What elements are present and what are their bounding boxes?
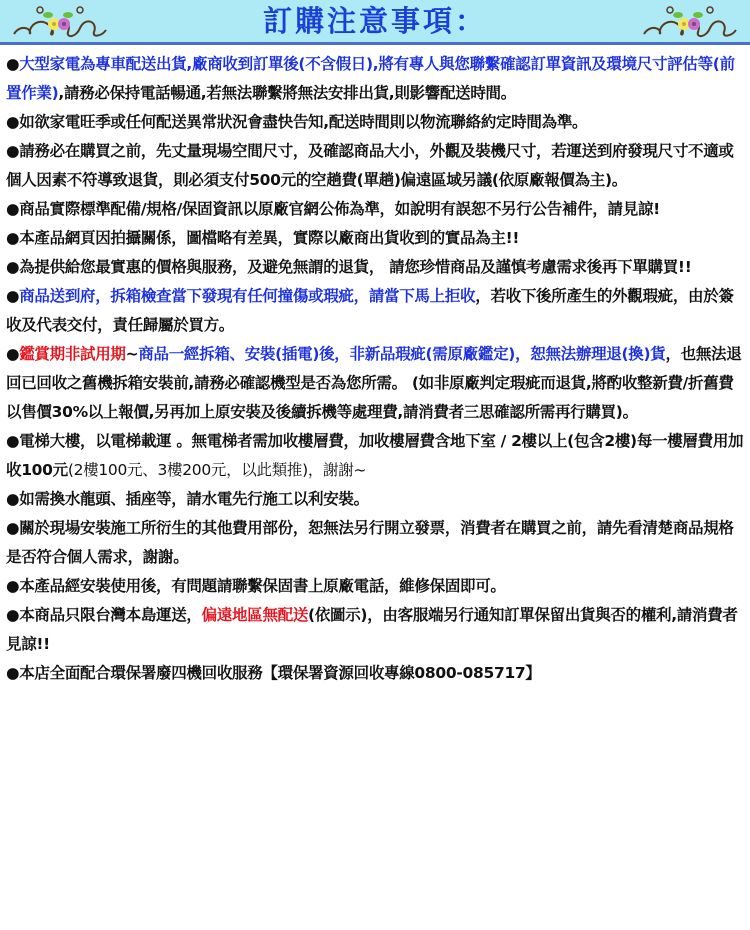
notice-item: ●如欲家電旺季或任何配送異常狀況會盡快告知,配送時間則以物流聯絡約定時間為準。: [6, 108, 746, 137]
highlight-blue: 商品送到府，拆箱檢查當下發現有任何撞傷或瑕疵，請當下馬上拒收: [19, 287, 475, 305]
notice-list: ●大型家電為專車配送出貨,廠商收到訂單後(不含假日),將有專人與您聯繫確認訂單資…: [6, 50, 746, 688]
notice-item: ●鑑賞期非試用期~商品一經拆箱、安裝(插電)後，非新品瑕疵(需原廠鑑定)，恕無法…: [6, 340, 746, 427]
notice-item: ●本產品經安裝使用後，有問題請聯繫保固書上原廠電話，維修保固即可。: [6, 572, 746, 601]
notice-text: ,請務必保持電話暢通,若無法聯繫將無法安排出貨,則影響配送時間。: [58, 84, 516, 102]
notice-item: ●本產品網頁因拍攝關係，圖檔略有差異，實際以廠商出貨收到的實品為主!!: [6, 224, 746, 253]
bullet: ●: [6, 55, 19, 73]
notice-text: ●為提供給您最實惠的價格與服務，及避免無謂的退貨， 請您珍惜商品及謹慎考慮需求後…: [6, 258, 691, 276]
bullet: ●: [6, 345, 19, 363]
notice-text: ●本商品只限台灣本島運送，: [6, 606, 202, 624]
bullet: ●: [6, 287, 19, 305]
notice-item: ●大型家電為專車配送出貨,廠商收到訂單後(不含假日),將有專人與您聯繫確認訂單資…: [6, 50, 746, 108]
notice-item: ●為提供給您最實惠的價格與服務，及避免無謂的退貨， 請您珍惜商品及謹慎考慮需求後…: [6, 253, 746, 282]
notice-item: ●電梯大樓，以電梯載運 。無電梯者需加收樓層費，加收樓層費含地下室 / 2樓以上…: [6, 427, 746, 485]
notice-text-light: (2樓100元、3樓200元，以此類推)，謝謝~: [68, 461, 366, 479]
notice-text: ●商品實際標準配備/規格/保固資訊以原廠官網公佈為準，如說明有誤恕不另行公告補件…: [6, 200, 660, 218]
notice-item: ●如需換水龍頭、插座等，請水電先行施工以利安裝。: [6, 485, 746, 514]
notice-text: ●本產品經安裝使用後，有問題請聯繫保固書上原廠電話，維修保固即可。: [6, 577, 506, 595]
highlight-red: 鑑賞期非試用期: [19, 345, 125, 363]
notice-text: ~: [126, 345, 139, 363]
notice-item: ●請務必在購買之前，先丈量現場空間尺寸，及確認商品大小，外觀及裝機尺寸，若運送到…: [6, 137, 746, 195]
notice-item: ●本商品只限台灣本島運送，偏遠地區無配送(依圖示)，由客服端另行通知訂單保留出貨…: [6, 601, 746, 659]
notice-item: ●本店全面配合環保署廢四機回收服務【環保署資源回收專線0800-085717】: [6, 659, 746, 688]
page-header: 訂購注意事項：: [0, 0, 750, 45]
highlight-blue: 商品一經拆箱、安裝(插電)後，非新品瑕疵(需原廠鑑定)，恕無法辦理退(換)貨: [138, 345, 665, 363]
notice-item: ●商品實際標準配備/規格/保固資訊以原廠官網公佈為準，如說明有誤恕不另行公告補件…: [6, 195, 746, 224]
notice-text: ●本店全面配合環保署廢四機回收服務【環保署資源回收專線0800-085717】: [6, 664, 541, 682]
notice-text: ●關於現場安裝施工所衍生的其他費用部份，恕無法另行開立發票，消費者在購買之前，請…: [6, 519, 734, 566]
notice-text: ●請務必在購買之前，先丈量現場空間尺寸，及確認商品大小，外觀及裝機尺寸，若運送到…: [6, 142, 734, 189]
floral-ornament-right-icon: [640, 2, 740, 40]
notice-text: ●如需換水龍頭、插座等，請水電先行施工以利安裝。: [6, 490, 369, 508]
highlight-red: 偏遠地區無配送: [202, 606, 308, 624]
notice-text: ●本產品網頁因拍攝關係，圖檔略有差異，實際以廠商出貨收到的實品為主!!: [6, 229, 519, 247]
notice-item: ●商品送到府，拆箱檢查當下發現有任何撞傷或瑕疵，請當下馬上拒收，若收下後所產生的…: [6, 282, 746, 340]
notice-item: ●關於現場安裝施工所衍生的其他費用部份，恕無法另行開立發票，消費者在購買之前，請…: [6, 514, 746, 572]
page-title: 訂購注意事項：: [0, 2, 750, 40]
notice-text: ●如欲家電旺季或任何配送異常狀況會盡快告知,配送時間則以物流聯絡約定時間為準。: [6, 113, 587, 131]
